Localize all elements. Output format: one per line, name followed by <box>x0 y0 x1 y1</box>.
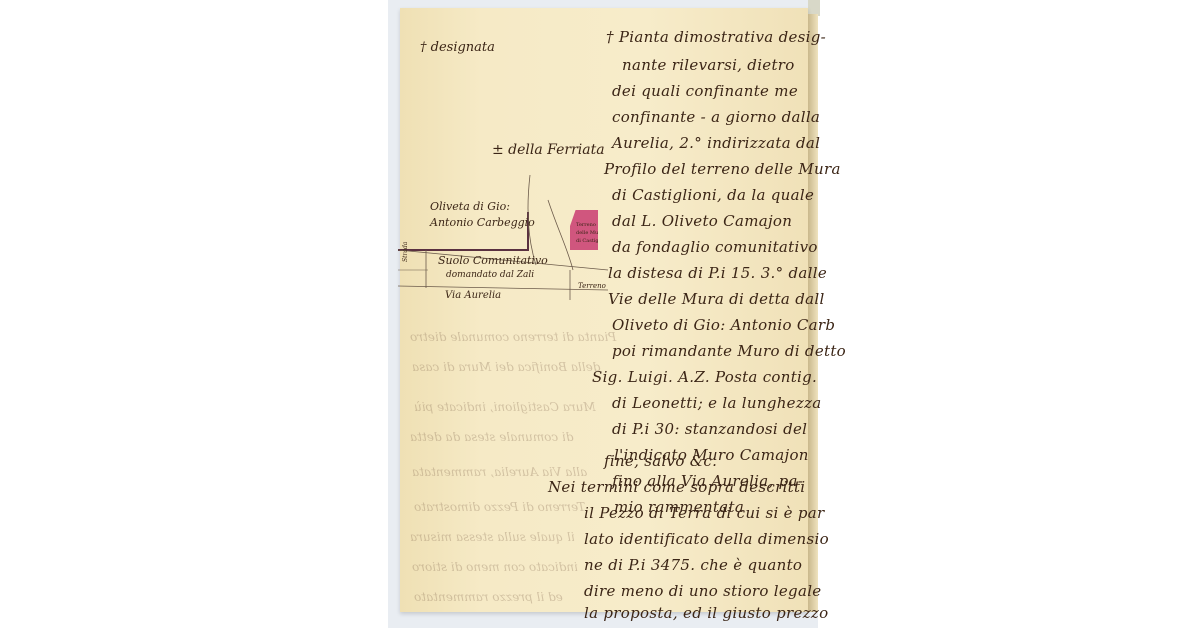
text-line: confinante - a giorno dalla <box>612 108 820 126</box>
text-line: lato identificato della dimensio <box>584 530 829 548</box>
map-label-antonio: Antonio Carbeggio <box>430 216 535 229</box>
text-line: ne di P.i 3475. che è quanto <box>584 556 802 574</box>
text-line: di Castiglioni, da la quale <box>612 186 814 204</box>
text-line: il Pezzo di Terra di cui si è par <box>584 504 825 522</box>
text-line: la distesa di P.i 15. 3.° dalle <box>608 264 827 282</box>
text-line: di Leonetti; e la lunghezza <box>612 394 822 412</box>
text-line: Aurelia, 2.° indirizzata dal <box>612 134 820 152</box>
text-line: dire meno di uno stioro legale <box>584 582 821 600</box>
text-line: fine, salvo &c. <box>604 452 717 470</box>
map-label-strada: Strada <box>402 242 409 262</box>
map-label-terreno: Terreno <box>578 282 606 290</box>
margin-note-designata: † designata <box>420 40 495 55</box>
pink-parcel-label: di Castig. <box>576 238 600 244</box>
text-line: Oliveto di Gio: Antonio Carb <box>612 316 835 334</box>
text-line: da fondaglio comunitativo <box>612 238 818 256</box>
text-line: Sig. Luigi. A.Z. Posta contig. <box>592 368 817 386</box>
map-label-via-aurelia: Via Aurelia <box>445 290 501 301</box>
pink-parcel: Terreno delle Mura di Castig. <box>570 210 598 250</box>
text-line: Vie delle Mura di detta dall <box>608 290 825 308</box>
text-line: Nei termini come sopra descritti <box>548 478 805 496</box>
text-line: † Pianta dimostrativa desig- <box>606 28 826 46</box>
adjacent-page-edge <box>808 14 818 612</box>
text-line: dei quali confinante me <box>612 82 798 100</box>
text-line: di P.i 30: stanzandosi del <box>612 420 807 438</box>
text-line: nante rilevarsi, dietro <box>622 56 795 74</box>
text-line: dal L. Oliveto Camajon <box>612 212 792 230</box>
map-label-oliveta: Oliveta di Gio: <box>430 200 510 213</box>
text-line: la proposta, ed il giusto prezzo <box>584 604 828 622</box>
map-label-suolo: Suolo Comunitativo <box>438 254 548 267</box>
map-label-domandato: domandato dal Zali <box>446 270 534 280</box>
text-line: Profilo del terreno delle Mura <box>604 160 841 178</box>
pink-parcel-label: Terreno <box>576 222 596 228</box>
text-line: poi rimandante Muro di detto <box>612 342 846 360</box>
margin-note-ferriata: ± della Ferriata <box>492 142 605 158</box>
